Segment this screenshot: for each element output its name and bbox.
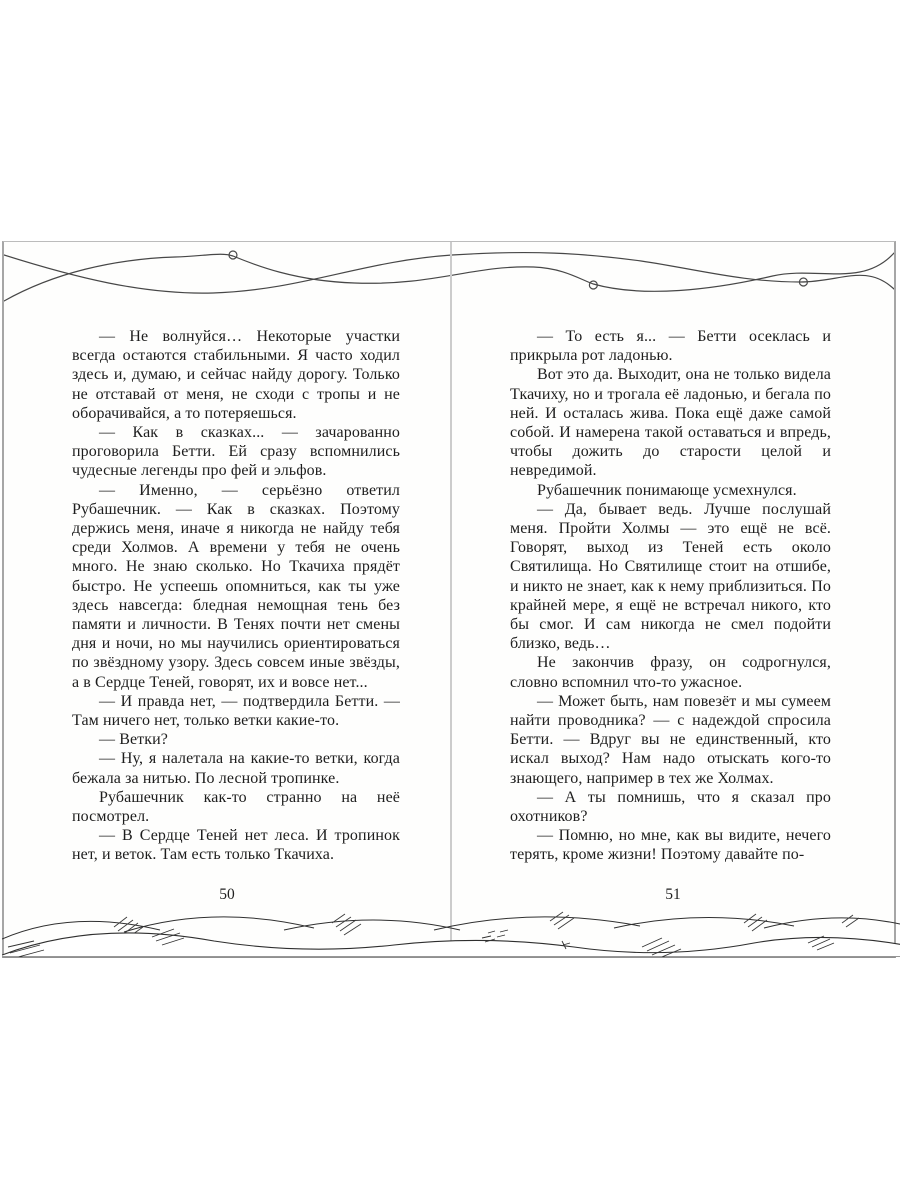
paragraph: — А ты помнишь, что я сказал про охотник… <box>510 788 831 826</box>
paragraph: Не закончив фразу, он содрогнулся, словн… <box>510 653 831 691</box>
paragraph: Рубашечник понимающе усмехнулся. <box>510 481 831 500</box>
thread-squiggle-ornament <box>4 243 894 315</box>
paragraph: Вот это да. Выходит, она не только видел… <box>510 365 831 480</box>
paragraph: — Помню, но мне, как вы видите, нечего т… <box>510 826 831 864</box>
paragraph: — В Сердце Теней нет леса. И тропинок не… <box>72 826 400 864</box>
page-gutter-line <box>450 242 452 956</box>
paragraph: — И правда нет, — подтвердила Бетти. — Т… <box>72 692 400 730</box>
left-page-number: 50 <box>4 886 450 904</box>
hills-sketch-illustration <box>2 903 900 957</box>
paragraph: — Именно, — серьёзно ответил Рубашечник.… <box>72 481 400 692</box>
right-page-number: 51 <box>450 886 896 904</box>
book-photo: — Не волнуйся… Некоторые участки всегда … <box>0 0 900 1200</box>
paragraph: — Ну, я налетала на какие-то ветки, когд… <box>72 749 400 787</box>
paragraph: — Не волнуйся… Некоторые участки всегда … <box>72 327 400 423</box>
left-page-text: — Не волнуйся… Некоторые участки всегда … <box>72 327 400 865</box>
paragraph: — Может быть, нам повезёт и мы сумеем на… <box>510 692 831 788</box>
paragraph: — То есть я... — Бетти осеклась и прикры… <box>510 327 831 365</box>
paragraph: Рубашечник как-то странно на неё посмотр… <box>72 788 400 826</box>
right-page-text: — То есть я... — Бетти осеклась и прикры… <box>510 327 831 865</box>
paragraph: — Ветки? <box>72 730 400 749</box>
paragraph: — Как в сказках... — зачарованно прогово… <box>72 423 400 481</box>
paragraph: — Да, бывает ведь. Лучше послушай меня. … <box>510 500 831 654</box>
book-spread: — Не волнуйся… Некоторые участки всегда … <box>2 241 896 958</box>
